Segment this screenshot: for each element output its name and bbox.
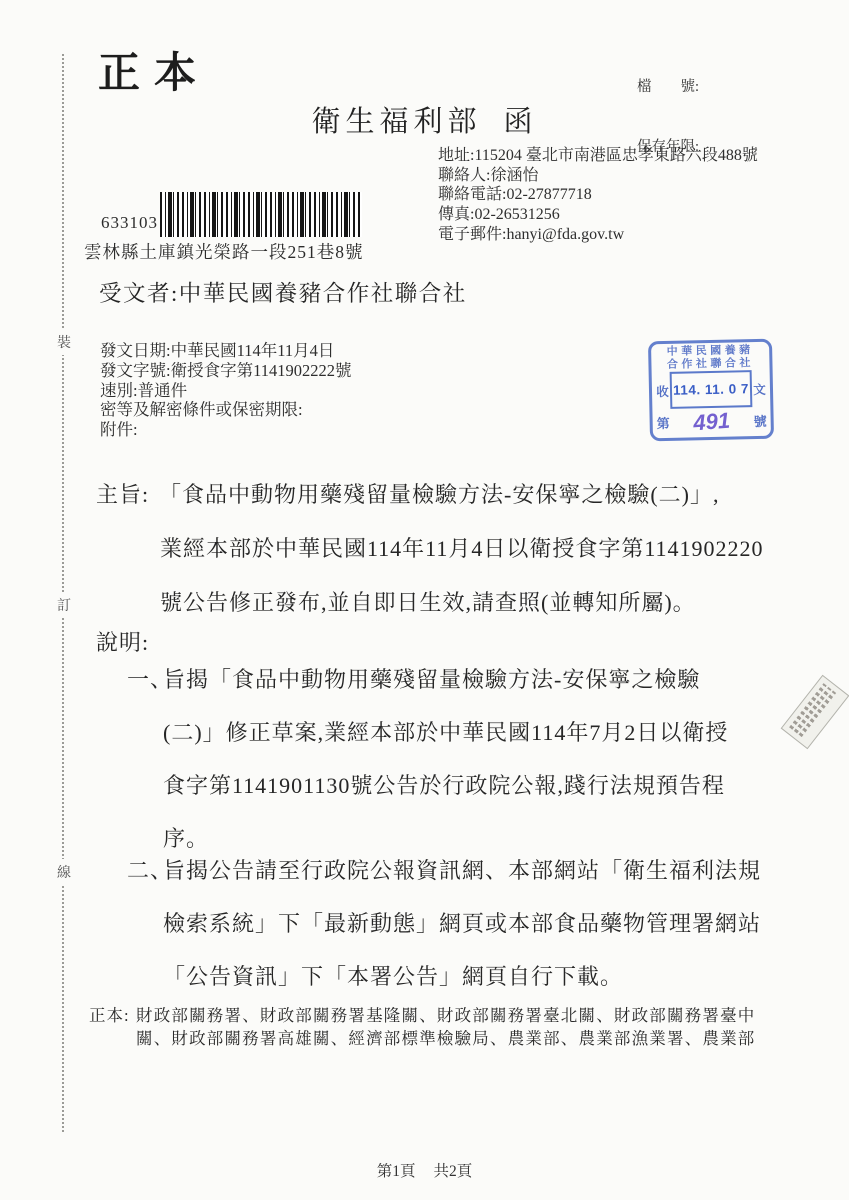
barcode — [160, 192, 362, 237]
receipt-stamp: 中華民國養豬 合作社聯合社 收 114. 11. 0 7 文 第 491 號 — [648, 339, 774, 442]
security-classification: 密等及解密條件或保密期限: — [100, 400, 351, 420]
postal-code: 633103 — [101, 213, 158, 233]
scanned-official-letter: { "header": { "copy_label": "正本", "file_… — [0, 0, 849, 1200]
receipt-stamp-date: 114. 11. 0 7 — [670, 370, 753, 409]
total-pages: 共2頁 — [434, 1163, 473, 1180]
document-title: 衛生福利部函 — [0, 99, 849, 140]
receipt-stamp-number-handwritten: 491 — [670, 408, 753, 436]
receipt-stamp-receive-char: 收 — [655, 372, 671, 409]
binding-mark-top: 裝 — [53, 329, 75, 355]
binding-mark-bottom: 線 — [53, 859, 75, 885]
page-footer: 第1頁共2頁 — [0, 1159, 849, 1181]
subject-line: 業經本部於中華民國114年11月4日以衛授食字第1141902220 — [160, 532, 764, 563]
sender-address: 地址:115204 臺北市南港區忠孝東路六段488號 — [438, 146, 758, 166]
subject-line: 號公告修正發布,並自即日生效,請查照(並轉知所屬)。 — [160, 586, 696, 617]
explanation-item1-line: 旨揭「食品中動物用藥殘留量檢驗方法-安保寧之檢驗 — [163, 663, 700, 694]
explanation-item2-line: 「公告資訊」下「本署公告」網頁自行下載。 — [163, 960, 623, 991]
distribution-line: 關、財政部關務署高雄關、經濟部標準檢驗局、農業部、農業部漁業署、農業部 — [136, 1025, 756, 1049]
explanation-item1-line: 食字第1141901130號公告於行政院公報,踐行法規預告程 — [163, 769, 725, 800]
contact-email: 電子郵件:hanyi@fda.gov.tw — [438, 225, 758, 245]
copy-type-label: 正本 — [98, 40, 210, 100]
stamp-illegible-text-line — [794, 687, 832, 734]
issuing-agency: 衛生福利部 — [311, 106, 481, 138]
recipient-mailing-address: 雲林縣土庫鎮光榮路一段251巷8號 — [84, 239, 364, 264]
contact-fax: 傳真:02-26531256 — [438, 205, 758, 225]
receipt-stamp-org-line2: 合作社聯合社 — [654, 356, 766, 371]
receipt-stamp-number-prefix: 第 — [655, 413, 670, 432]
explanation-item2-line: 旨揭公告請至行政院公報資訊網、本部網站「衛生福利法規 — [163, 854, 761, 885]
document-type: 函 — [504, 106, 538, 138]
attachment-label: 附件: — [100, 420, 351, 440]
explanation-item1-line: (二)」修正草案,業經本部於中華民國114年7月2日以衛授 — [163, 716, 728, 747]
issue-date: 發文日期:中華民國114年11月4日 — [100, 341, 351, 361]
document-number: 發文字號:衛授食字第1141902222號 — [100, 361, 351, 381]
contact-phone: 聯絡電話:02-27877718 — [438, 185, 758, 205]
explanation-label: 說明: — [96, 626, 149, 657]
distribution-line: 財政部關務署、財政部關務署基隆關、財政部關務署臺北關、財政部關務署臺中 — [136, 1002, 756, 1026]
current-page: 第1頁 — [377, 1163, 416, 1180]
distribution-label: 正本: — [89, 1002, 130, 1026]
contact-person: 聯絡人:徐涵怡 — [438, 166, 758, 186]
receipt-stamp-doc-char: 文 — [752, 370, 768, 407]
sender-contact-block: 地址:115204 臺北市南港區忠孝東路六段488號 聯絡人:徐涵怡 聯絡電話:… — [438, 146, 758, 245]
subject-line: 「食品中動物用藥殘留量檢驗方法-安保寧之檢驗(二)」, — [159, 478, 719, 509]
explanation-item2-line: 檢索系統」下「最新動態」網頁或本部食品藥物管理署網站 — [163, 907, 761, 938]
receipt-stamp-number-suffix: 號 — [752, 411, 767, 430]
recipient-line: 受文者:中華民國養豬合作社聯合社 — [99, 276, 467, 308]
small-tilted-stamp — [781, 675, 849, 750]
document-meta-block: 發文日期:中華民國114年11月4日 發文字號:衛授食字第1141902222號… — [100, 341, 351, 440]
binding-mark-middle: 訂 — [53, 592, 75, 618]
priority-level: 速別:普通件 — [100, 381, 351, 401]
file-number-label: 檔 號: — [637, 77, 699, 97]
explanation-item1-line: 序。 — [163, 822, 209, 853]
subject-label: 主旨: — [96, 478, 149, 509]
